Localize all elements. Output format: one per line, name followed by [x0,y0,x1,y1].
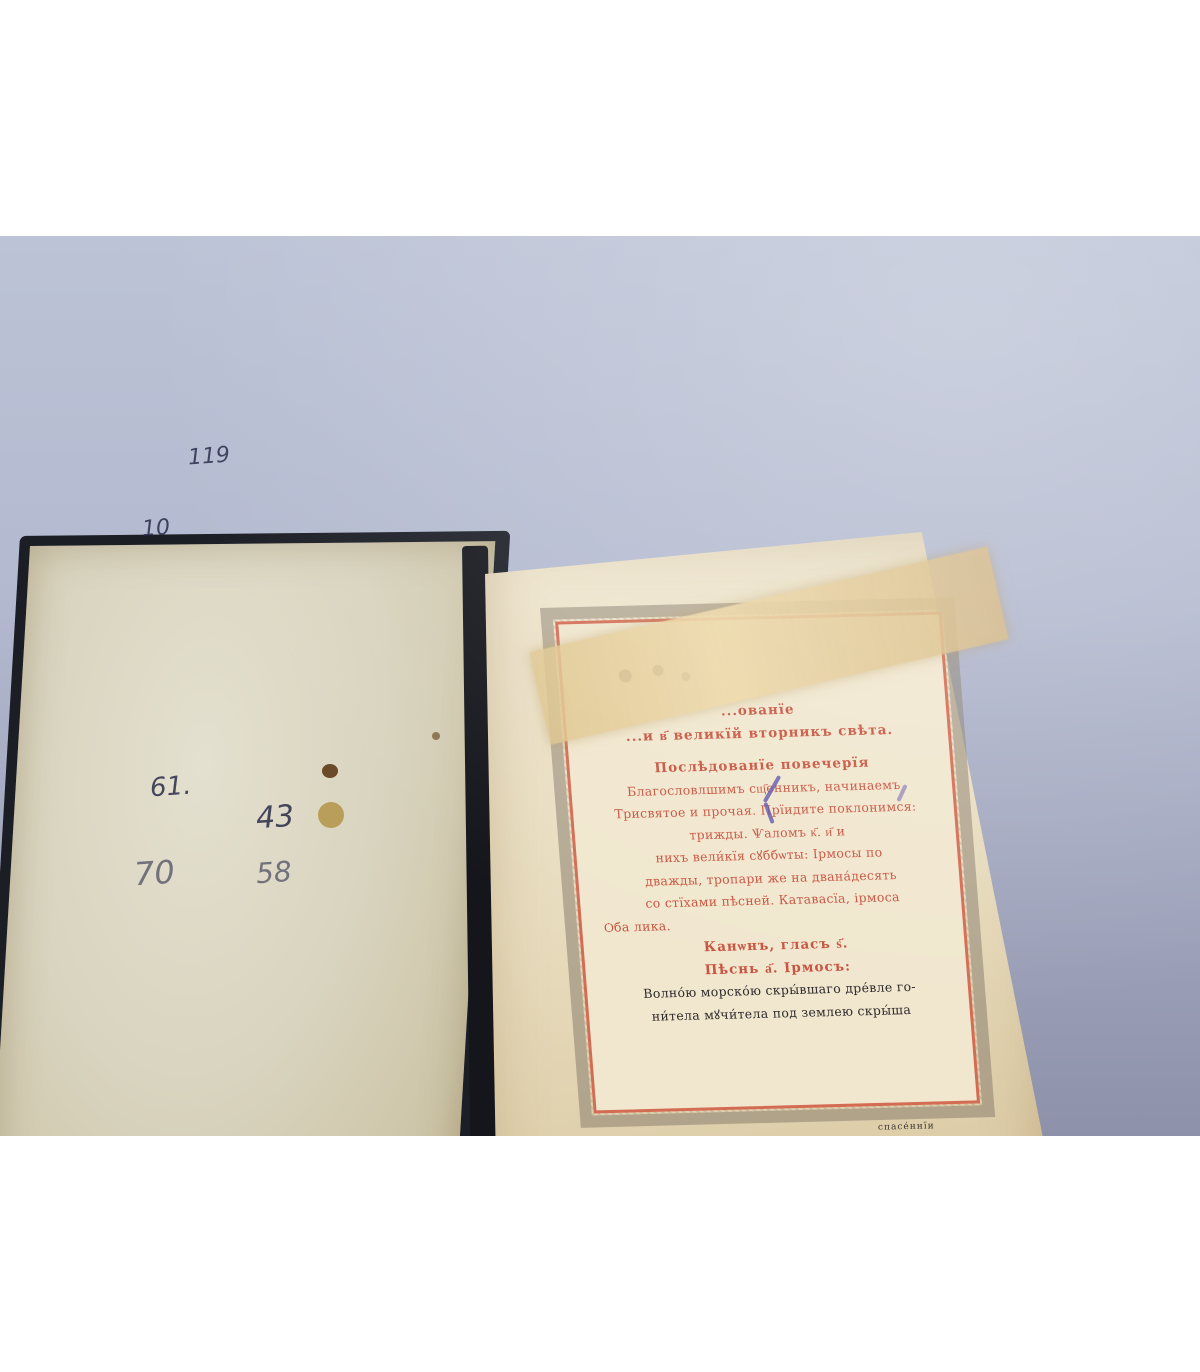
stain [432,732,440,740]
pencil-number: 58 [255,855,293,890]
pencil-number: 43 [255,799,296,837]
printed-text: ...ованїе ...и в҃ великїй вторникъ свѣта… [587,695,953,1029]
left-endpaper [0,541,495,1136]
stain [322,764,338,778]
pencil-number: 70 [133,853,176,894]
book-photo: 119 10 61. 43 70 58 ...ованїе ...и в҃ ве… [0,236,1200,1136]
pencil-number: 119 [187,443,231,471]
stain [318,802,344,828]
pencil-number: 61. [149,771,192,804]
pencil-number: 10 [141,515,171,542]
catchword: спасе́ннїи [878,1121,935,1132]
